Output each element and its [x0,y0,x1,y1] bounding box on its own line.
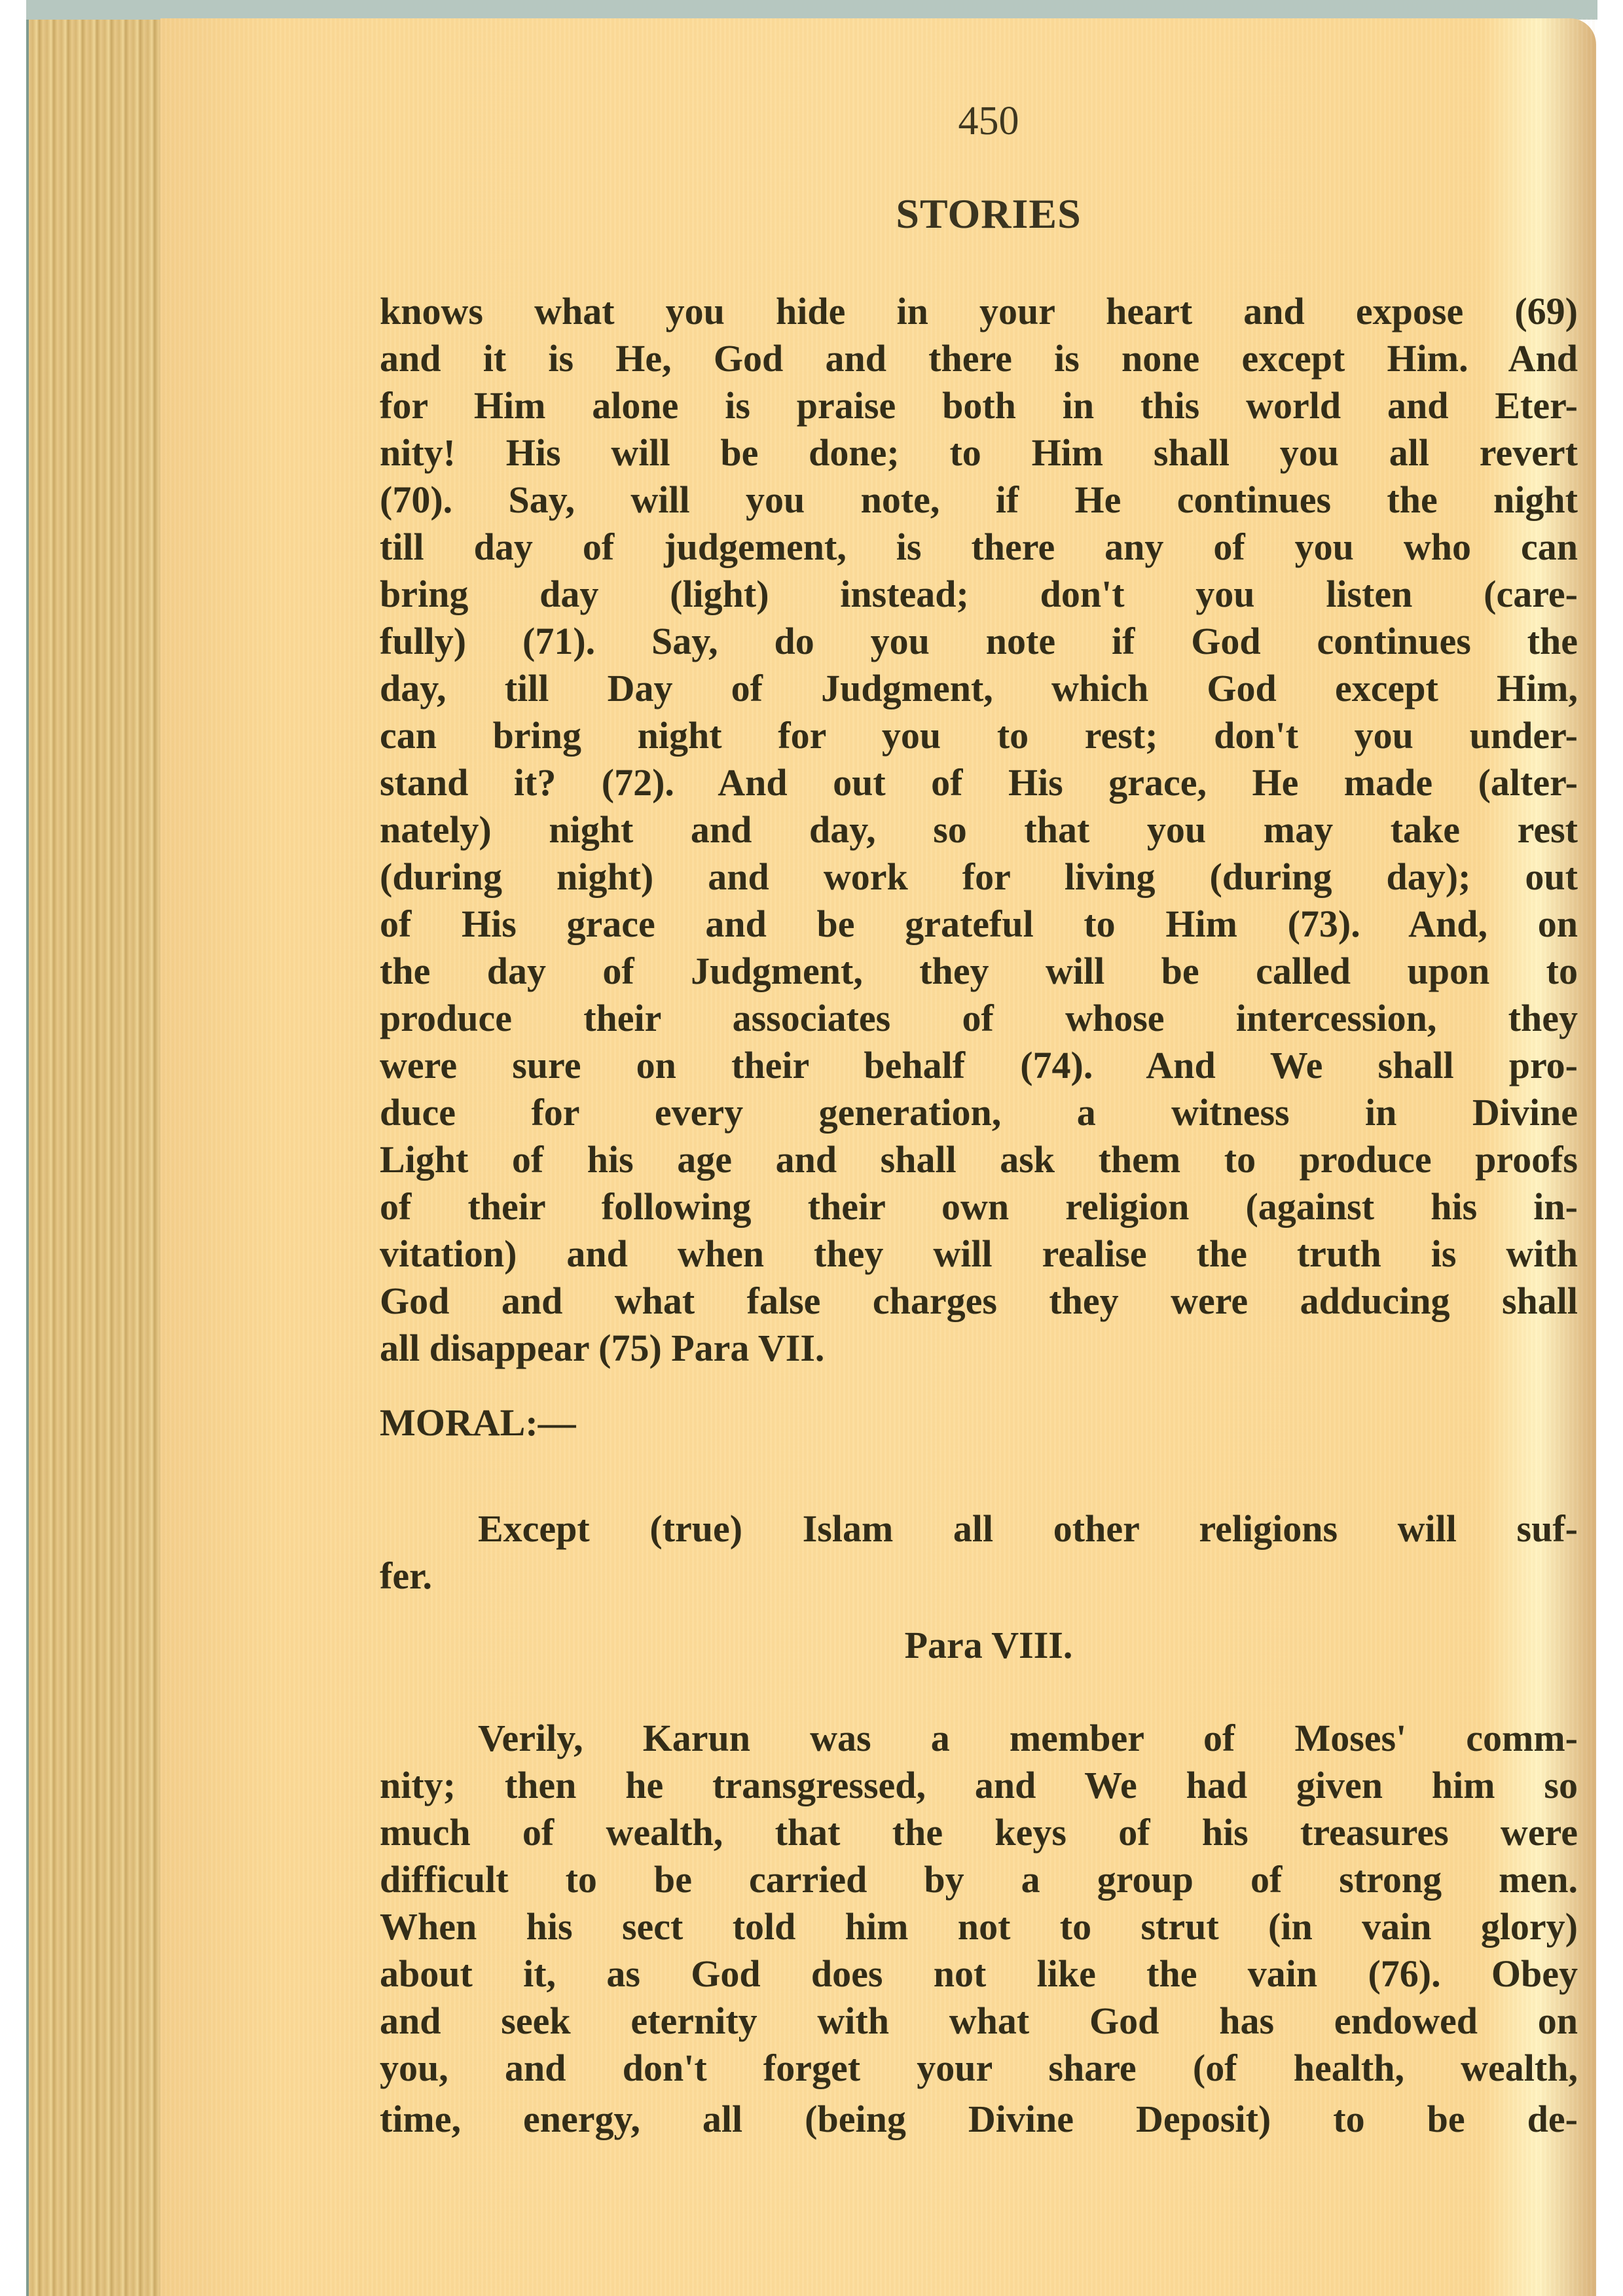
page-edge-stack [26,20,166,2296]
text-line: knows what you hide in your heart and ex… [380,288,1578,335]
text-line: fully) (71). Say, do you note if God con… [380,618,1578,665]
moral-paragraph: Except (true) Islam all other religions … [380,1505,1578,1600]
section-heading: Para VIII. [786,1623,1192,1667]
text-line: all disappear (75) Para VII. [380,1325,1578,1372]
moral-heading: MORAL:— [380,1401,576,1444]
text-line: nately) night and day, so that you may t… [380,806,1578,853]
book-top-shadow [26,0,1597,20]
text-line: produce their associates of whose interc… [380,995,1578,1042]
text-line: for Him alone is praise both in this wor… [380,382,1578,429]
section-paragraph: Verily, Karun was a member of Moses' com… [380,1715,1578,2143]
text-line: till day of judgement, is there any of y… [380,524,1578,571]
text-line: nity! His will be done; to Him shall you… [380,429,1578,476]
text-line: nity; then he transgressed, and We had g… [380,1762,1578,1809]
text-line: (during night) and work for living (duri… [380,853,1578,901]
text-line: the day of Judgment, they will be called… [380,948,1578,995]
text-line: When his sect told him not to strut (in … [380,1903,1578,1950]
text-line: of His grace and be grateful to Him (73)… [380,901,1578,948]
text-line: much of wealth, that the keys of his tre… [380,1809,1578,1856]
text-line: fer. [380,1552,1578,1600]
text-line: and it is He, God and there is none exce… [380,335,1578,382]
page-number: 450 [917,98,1061,145]
text-line: you, and don't forget your share (of hea… [380,2045,1578,2092]
text-line: of their following their own religion (a… [380,1183,1578,1230]
text-line: duce for every generation, a witness in … [380,1089,1578,1136]
text-line: God and what false charges they were add… [380,1278,1578,1325]
text-line: Except (true) Islam all other religions … [380,1505,1578,1552]
text-line: Light of his age and shall ask them to p… [380,1136,1578,1183]
text-line: bring day (light) instead; don't you lis… [380,571,1578,618]
text-line: difficult to be carried by a group of st… [380,1856,1578,1903]
running-head: STORIES [786,190,1192,238]
text-line: about it, as God does not like the vain … [380,1950,1578,1998]
text-line: time, energy, all (being Divine Deposit)… [380,2096,1578,2143]
text-line: Verily, Karun was a member of Moses' com… [380,1715,1578,1762]
text-line: and seek eternity with what God has endo… [380,1998,1578,2045]
text-line: vitation) and when they will realise the… [380,1230,1578,1278]
text-line: were sure on their behalf (74). And We s… [380,1042,1578,1089]
text-line: can bring night for you to rest; don't y… [380,712,1578,759]
text-line: (70). Say, will you note, if He continue… [380,476,1578,524]
text-line: day, till Day of Judgment, which God exc… [380,665,1578,712]
continuation-paragraph: knows what you hide in your heart and ex… [380,288,1578,1372]
text-line: stand it? (72). And out of His grace, He… [380,759,1578,806]
